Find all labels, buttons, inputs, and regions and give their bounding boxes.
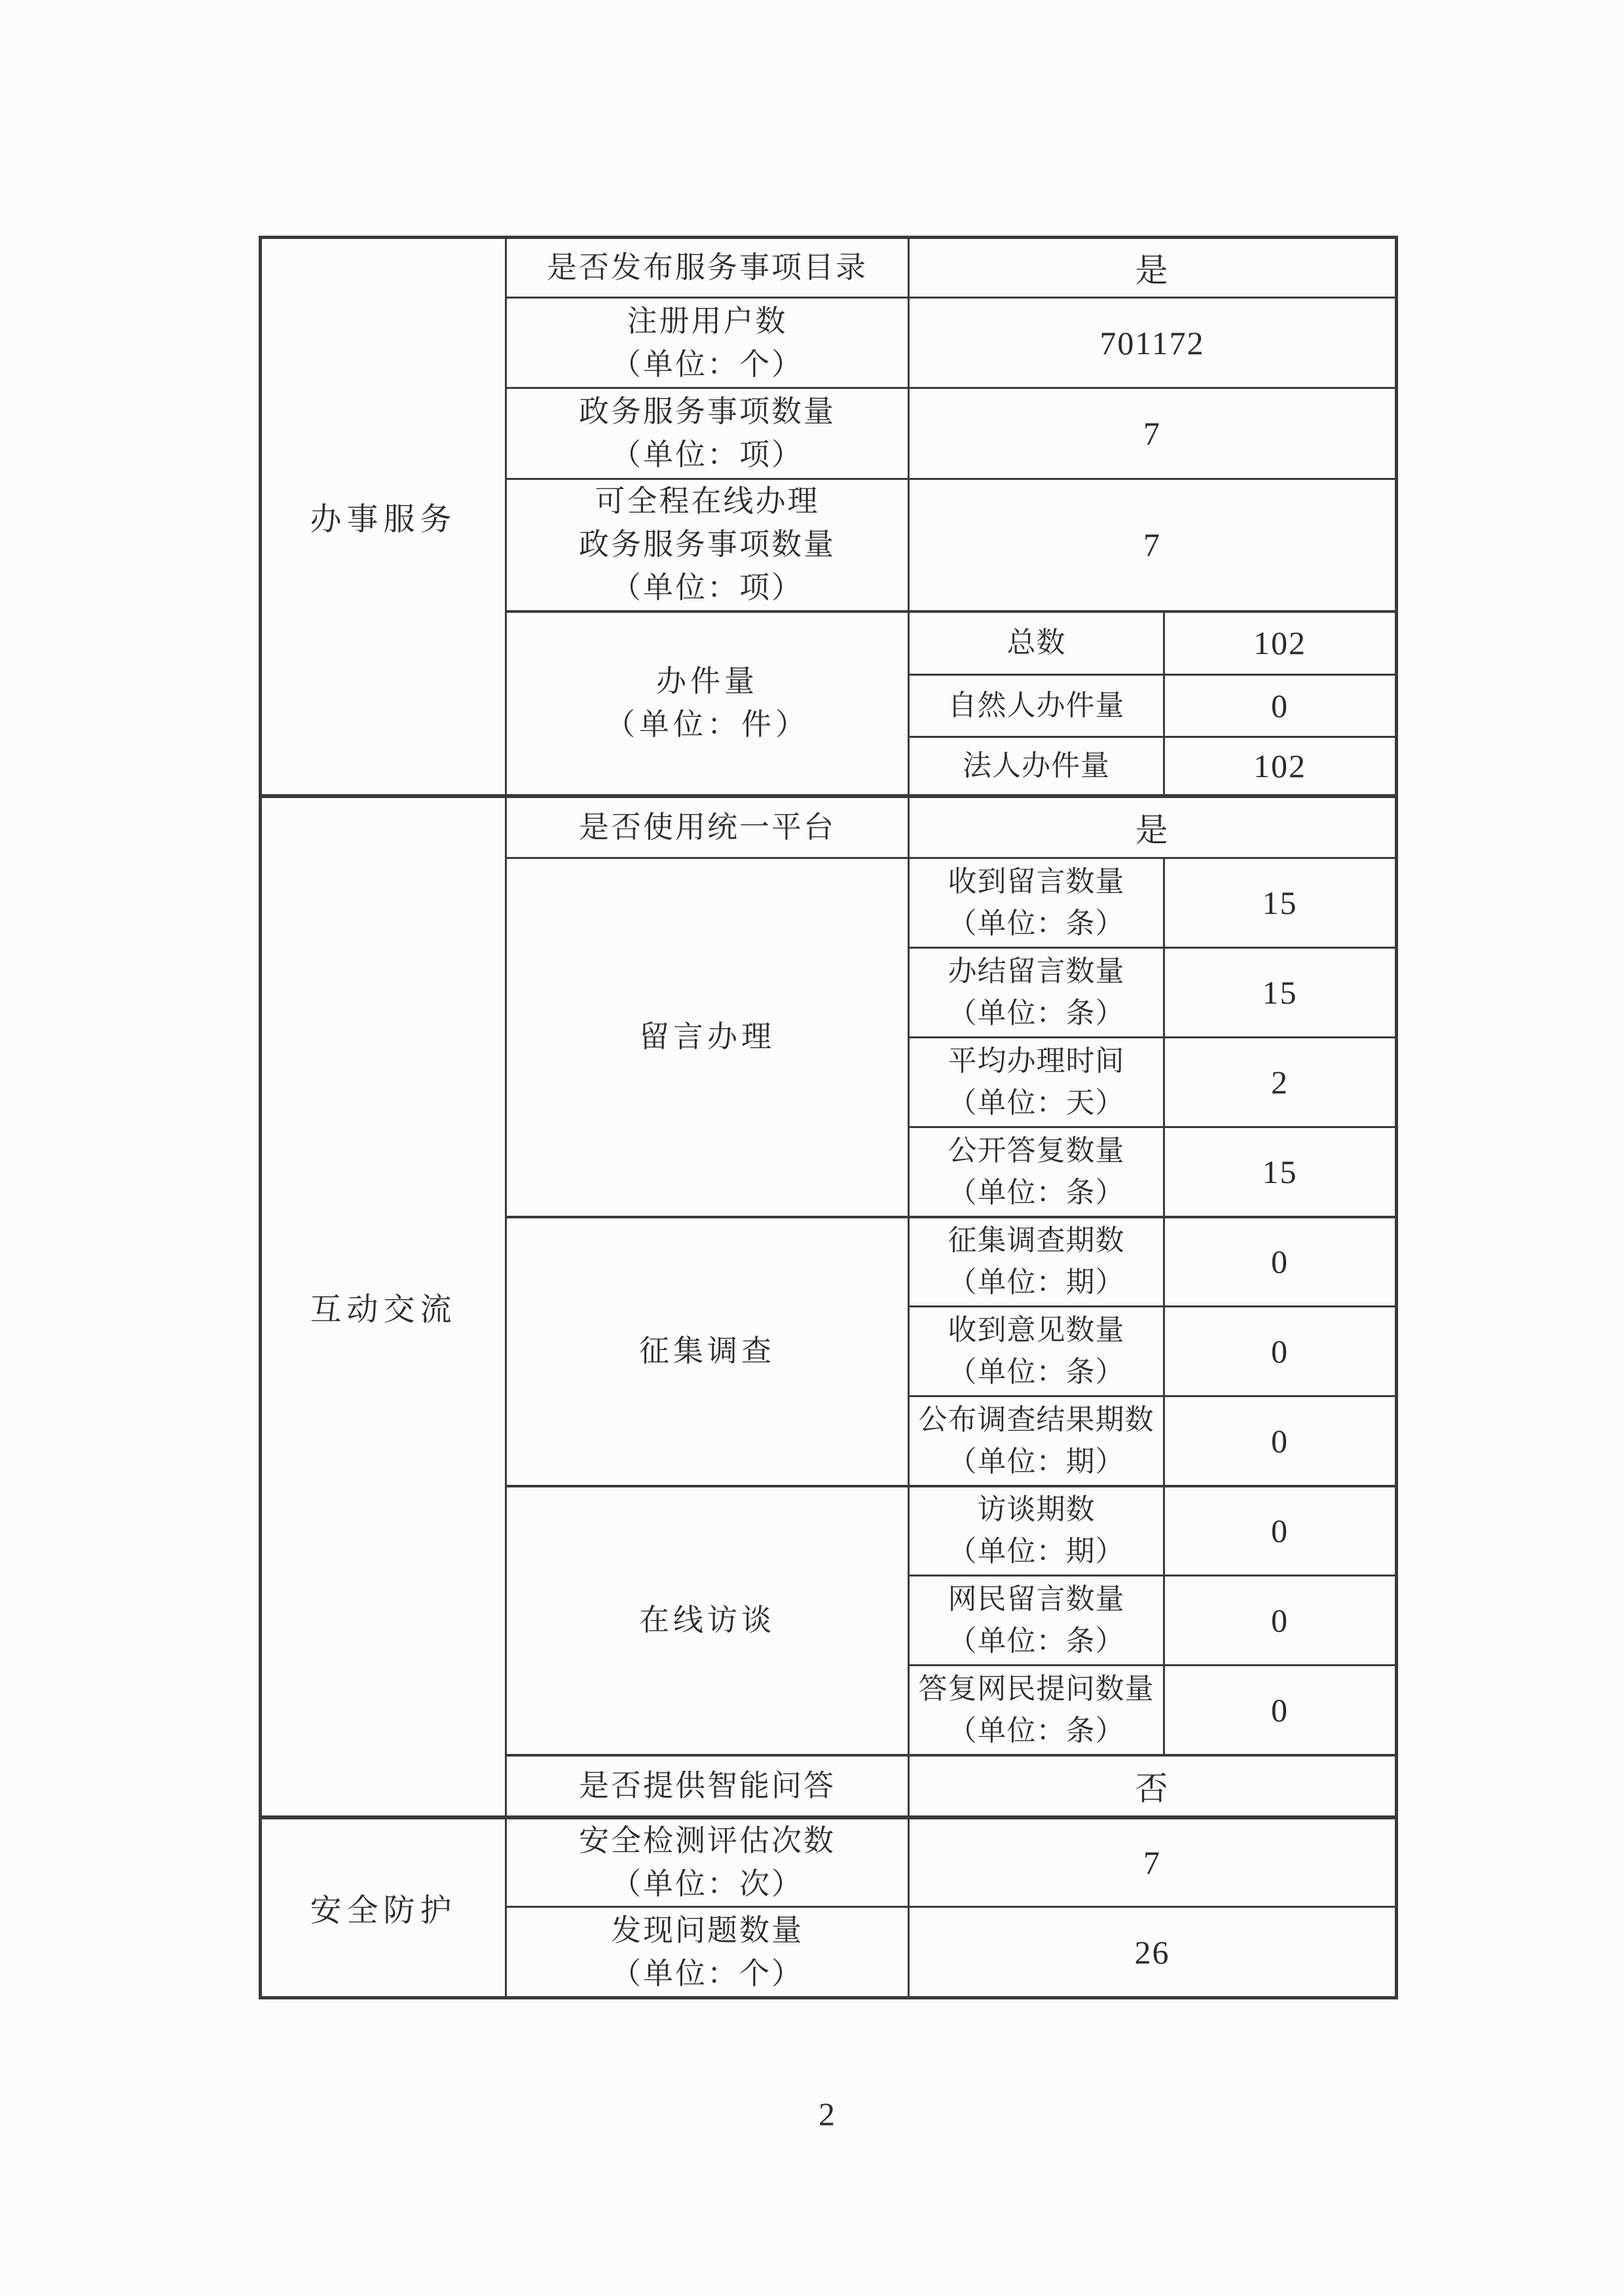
item-value: 7	[909, 1817, 1397, 1907]
label-unit-line: （单位：期）	[910, 1441, 1163, 1483]
table-row: 互动交流 是否使用统一平台 是	[261, 796, 1397, 858]
label-unit-line: （单位：条）	[910, 903, 1163, 945]
item-label: 安全检测评估次数 （单位：次）	[506, 1817, 909, 1907]
subitem-value: 2	[1164, 1038, 1397, 1127]
label-line: 留言办理	[507, 1015, 908, 1059]
subitem-label: 总数	[909, 611, 1164, 675]
label-line: 是否发布服务事项目录	[507, 246, 908, 289]
subitem-value: 0	[1164, 1576, 1397, 1666]
subitem-value: 15	[1164, 1127, 1397, 1217]
label-line: 公布调查结果期数	[910, 1399, 1163, 1441]
subitem-label: 公布调查结果期数 （单位：期）	[909, 1396, 1164, 1486]
label-line: 在线访谈	[507, 1599, 908, 1642]
subitem-value: 0	[1164, 675, 1397, 737]
label-line: 网民留言数量	[910, 1578, 1163, 1620]
table-row: 办事服务 是否发布服务事项目录 是	[261, 238, 1397, 298]
item-value: 否	[909, 1755, 1397, 1817]
subitem-label: 平均办理时间 （单位：天）	[909, 1038, 1164, 1127]
label-line: 办件量	[507, 660, 908, 703]
label-unit-line: （单位：条）	[910, 1710, 1163, 1752]
label-line: 是否提供智能问答	[507, 1764, 908, 1808]
label-line: 平均办理时间	[910, 1040, 1163, 1082]
group-label-survey: 征集调查	[506, 1217, 909, 1486]
subitem-label: 收到意见数量 （单位：条）	[909, 1307, 1164, 1396]
subitem-label: 答复网民提问数量 （单位：条）	[909, 1666, 1164, 1755]
label-unit-line: （单位：个）	[507, 1952, 908, 1995]
subitem-label: 自然人办件量	[909, 675, 1164, 737]
label-unit-line: （单位：件）	[507, 703, 908, 746]
label-unit-line: （单位：期）	[910, 1262, 1163, 1303]
subitem-label: 网民留言数量 （单位：条）	[909, 1576, 1164, 1666]
label-line: 是否使用统一平台	[507, 806, 908, 849]
group-label-online-interview: 在线访谈	[506, 1486, 909, 1755]
label-unit-line: （单位：次）	[507, 1863, 908, 1906]
label-line: 收到意见数量	[910, 1309, 1163, 1351]
subitem-value: 0	[1164, 1217, 1397, 1307]
category-cell-interaction: 互动交流	[261, 796, 506, 1817]
subitem-value: 0	[1164, 1396, 1397, 1486]
label-unit-line: （单位：条）	[910, 1351, 1163, 1393]
group-label-message-handling: 留言办理	[506, 858, 909, 1217]
subitem-label: 征集调查期数 （单位：期）	[909, 1217, 1164, 1307]
label-line: 可全程在线办理	[507, 480, 908, 523]
item-label: 政务服务事项数量 （单位：项）	[506, 388, 909, 479]
label-line: 公开答复数量	[910, 1130, 1163, 1172]
item-label: 是否使用统一平台	[506, 796, 909, 858]
page-number: 2	[259, 2095, 1395, 2133]
label-unit-line: （单位：天）	[910, 1082, 1163, 1124]
label-line: 征集调查	[507, 1330, 908, 1373]
table-row: 安全防护 安全检测评估次数 （单位：次） 7	[261, 1817, 1397, 1907]
subitem-label: 收到留言数量 （单位：条）	[909, 858, 1164, 948]
subitem-value: 15	[1164, 858, 1397, 948]
item-value: 701172	[909, 298, 1397, 388]
label-line: 发现问题数量	[507, 1909, 908, 1952]
label-unit-line: （单位：项）	[507, 566, 908, 610]
item-label: 发现问题数量 （单位：个）	[506, 1907, 909, 1998]
label-line: 注册用户数	[507, 300, 908, 343]
scanned-report-page: 办事服务 是否发布服务事项目录 是 注册用户数 （单位：个） 701172 政务…	[0, 0, 1624, 2296]
subitem-label: 访谈期数 （单位：期）	[909, 1486, 1164, 1576]
label-line: 安全检测评估次数	[507, 1819, 908, 1863]
subitem-value: 102	[1164, 611, 1397, 675]
label-line: 答复网民提问数量	[910, 1668, 1163, 1710]
item-label: 可全程在线办理 政务服务事项数量 （单位：项）	[506, 479, 909, 611]
label-line: 办结留言数量	[910, 951, 1163, 993]
label-line: 法人办件量	[910, 745, 1163, 787]
label-line: 收到留言数量	[910, 861, 1163, 903]
category-cell-security: 安全防护	[261, 1817, 506, 1998]
government-site-annual-report-table: 办事服务 是否发布服务事项目录 是 注册用户数 （单位：个） 701172 政务…	[259, 236, 1398, 1999]
subitem-label: 公开答复数量 （单位：条）	[909, 1127, 1164, 1217]
subitem-label: 法人办件量	[909, 737, 1164, 796]
subitem-label: 办结留言数量 （单位：条）	[909, 948, 1164, 1038]
item-value: 7	[909, 388, 1397, 479]
label-unit-line: （单位：条）	[910, 993, 1163, 1034]
subitem-value: 102	[1164, 737, 1397, 796]
label-line: 政务服务事项数量	[507, 523, 908, 566]
item-value: 26	[909, 1907, 1397, 1998]
item-value: 7	[909, 479, 1397, 611]
label-unit-line: （单位：条）	[910, 1172, 1163, 1214]
item-label: 注册用户数 （单位：个）	[506, 298, 909, 388]
subitem-value: 0	[1164, 1666, 1397, 1755]
label-unit-line: （单位：项）	[507, 433, 908, 477]
label-line: 自然人办件量	[910, 685, 1163, 727]
label-unit-line: （单位：个）	[507, 343, 908, 386]
label-line: 政务服务事项数量	[507, 390, 908, 433]
item-label: 是否发布服务事项目录	[506, 238, 909, 298]
item-value: 是	[909, 238, 1397, 298]
label-line: 访谈期数	[910, 1489, 1163, 1531]
item-label: 是否提供智能问答	[506, 1755, 909, 1817]
subitem-value: 0	[1164, 1307, 1397, 1396]
item-value: 是	[909, 796, 1397, 858]
label-line: 总数	[910, 622, 1163, 664]
group-label-caseload: 办件量 （单位：件）	[506, 611, 909, 796]
subitem-value: 15	[1164, 948, 1397, 1038]
label-unit-line: （单位：期）	[910, 1531, 1163, 1573]
label-line: 征集调查期数	[910, 1220, 1163, 1262]
label-unit-line: （单位：条）	[910, 1620, 1163, 1662]
subitem-value: 0	[1164, 1486, 1397, 1576]
category-cell-services: 办事服务	[261, 238, 506, 796]
